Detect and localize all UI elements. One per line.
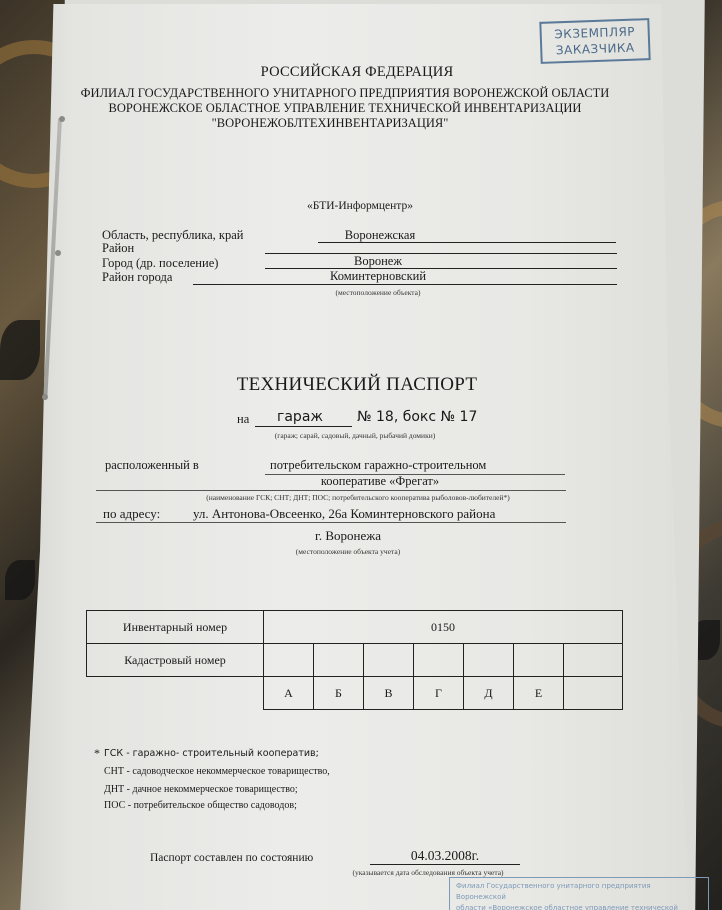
- country-heading: РОССИЙСКАЯ ФЕДЕРАЦИЯ: [261, 64, 454, 81]
- cadastral-row: Кадастровый номер: [87, 644, 623, 677]
- letter-cell: Е: [514, 677, 564, 710]
- coop-line1: потребительском гаражно-строительном: [270, 458, 486, 473]
- cadastral-cell: [514, 644, 564, 677]
- na-label: на: [237, 412, 249, 427]
- footnote-snt: СНТ - садоводческое некоммерческое товар…: [104, 766, 330, 777]
- date-label: Паспорт составлен по состоянию: [150, 852, 313, 864]
- region-value: Воронежская: [345, 228, 415, 243]
- cadastral-label: Кадастровый номер: [87, 644, 264, 677]
- cadastral-cell: [364, 644, 414, 677]
- address-underline: [96, 522, 566, 523]
- district-label: Район: [102, 241, 134, 256]
- inventory-label: Инвентарный номер: [87, 611, 264, 644]
- footnote-pos: ПОС - потребительское общество садоводов…: [104, 800, 297, 811]
- address-label: по адресу:: [103, 506, 160, 522]
- stamp-line: Филиал Государственного унитарного предп…: [456, 881, 702, 903]
- binding-hole: [55, 250, 61, 256]
- date-caption: (указывается дата обследования объекта у…: [352, 868, 503, 877]
- org-name-line3: "ВОРОНЕЖОБЛТЕХИНВЕНТАРИЗАЦИЯ": [212, 116, 449, 131]
- letter-cell: А: [264, 677, 314, 710]
- cadastral-cell: [464, 644, 514, 677]
- inventory-row: Инвентарный номер 0150: [87, 611, 623, 644]
- footnote-gsk: ГСК - гаражно- строительный кооператив;: [104, 748, 319, 759]
- object-number: № 18, бокс № 17: [357, 409, 477, 425]
- letter-cell: Д: [464, 677, 514, 710]
- org-name-line1: ФИЛИАЛ ГОСУДАРСТВЕННОГО УНИТАРНОГО ПРЕДП…: [81, 86, 610, 101]
- cadastral-cell: [314, 644, 364, 677]
- stamp-line: ЗАКАЗЧИКА: [542, 39, 648, 59]
- inventory-value: 0150: [264, 611, 623, 644]
- cadastral-cell: [264, 644, 314, 677]
- object-type-underline: [255, 426, 352, 427]
- coop-line2: кооперативе «Фрегат»: [321, 474, 439, 489]
- address-line2: г. Воронежа: [315, 528, 381, 544]
- letter-cell: Б: [314, 677, 364, 710]
- footnote-mark: *: [94, 746, 100, 761]
- date-value: 04.03.2008г.: [411, 848, 479, 864]
- located-label: расположенный в: [105, 458, 199, 473]
- letter-cell: В: [364, 677, 414, 710]
- empty-cell: [87, 677, 264, 710]
- cadastral-cell: [564, 644, 623, 677]
- city-district-value: Коминтерновский: [330, 269, 426, 284]
- document-title: ТЕХНИЧЕСКИЙ ПАСПОРТ: [237, 374, 478, 396]
- date-underline: [370, 864, 520, 865]
- city-underline: [265, 268, 617, 269]
- coop-caption: (наименование ГСК; СНТ; ДНТ; ПОС; потреб…: [206, 493, 509, 502]
- letter-cell: Г: [414, 677, 464, 710]
- city-district-label: Район города: [102, 270, 172, 285]
- city-district-underline: [193, 284, 617, 285]
- city-label: Город (др. поселение): [102, 256, 218, 271]
- city-value: Воронеж: [354, 254, 402, 269]
- binding-hole: [59, 116, 65, 122]
- cadastral-cell: [414, 644, 464, 677]
- branch-name: «БТИ-Информцентр»: [307, 200, 413, 212]
- footnote-dnt: ДНТ - дачное некоммерческое товарищество…: [104, 784, 298, 795]
- binding-hole: [42, 394, 48, 400]
- object-type-value: гараж: [277, 409, 323, 425]
- org-name-line2: ВОРОНЕЖСКОЕ ОБЛАСТНОЕ УПРАВЛЕНИЕ ТЕХНИЧЕ…: [109, 101, 582, 116]
- region-underline: [318, 242, 616, 243]
- letters-row: А Б В Г Д Е: [87, 677, 623, 710]
- customer-copy-stamp: ЭКЗЕМПЛЯР ЗАКАЗЧИКА: [539, 18, 650, 64]
- stamp-line: области «Воронежское областное управлени…: [456, 903, 702, 910]
- object-type-caption: (гараж; сарай, садовый, дачный, рыбачий …: [275, 431, 435, 440]
- inventory-table: Инвентарный номер 0150 Кадастровый номер…: [86, 610, 623, 710]
- address-caption: (местоположение объекта учета): [296, 547, 400, 556]
- district-underline: [265, 253, 617, 254]
- organization-stamp: Филиал Государственного унитарного предп…: [449, 877, 709, 910]
- address-line1: ул. Антонова-Овсеенко, 26а Коминтерновск…: [193, 506, 495, 522]
- coop-line2-underline: [96, 490, 566, 491]
- letter-cell: [564, 677, 623, 710]
- location-caption: (местоположение объекта): [336, 288, 421, 297]
